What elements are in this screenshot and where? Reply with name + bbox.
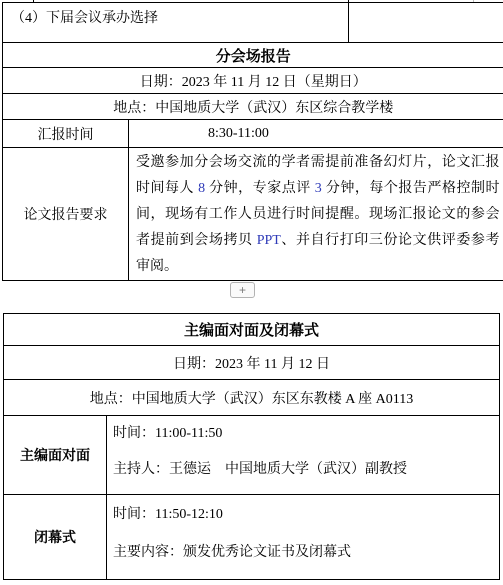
next-host-selection-cell: （4）下届会议承办选择 <box>3 3 349 43</box>
highlighted-latin-text: PPT <box>257 233 281 248</box>
closing-location-cell: 地点：中国地质大学（武汉）东区东教楼 A 座 A0113 <box>4 380 500 416</box>
closing-table-title: 主编面对面及闭幕式 <box>4 314 500 346</box>
editor-meeting-details: 时间：11:00-11:50 主持人：王德运 中国地质大学（武汉）副教授 <box>107 416 500 495</box>
insert-row-button[interactable]: + <box>230 282 255 298</box>
session-report-title: 分会场报告 <box>3 43 503 68</box>
editor-meeting-time: 时间：11:00-11:50 <box>113 424 499 444</box>
closing-ceremony-table: 主编面对面及闭幕式 日期：2023 年 11 月 12 日 地点：中国地质大学（… <box>3 313 500 580</box>
empty-cell <box>349 3 503 43</box>
session-report-table: （4）下届会议承办选择 分会场报告 日期：2023 年 11 月 12 日（星期… <box>2 2 503 281</box>
closing-ceremony-details: 时间：11:50-12:10 主要内容：颁发优秀论文证书及闭幕式 <box>107 495 500 580</box>
highlighted-latin-text: 3 <box>315 181 322 196</box>
report-time-label: 汇报时间 <box>3 120 129 148</box>
closing-ceremony-label: 闭幕式 <box>4 495 107 580</box>
body-text: 分钟，专家点评 <box>205 181 315 196</box>
editor-meeting-label: 主编面对面 <box>4 416 107 495</box>
closing-date-cell: 日期：2023 年 11 月 12 日 <box>4 346 500 380</box>
closing-ceremony-content: 主要内容：颁发优秀论文证书及闭幕式 <box>113 543 499 563</box>
editor-meeting-host: 主持人：王德运 中国地质大学（武汉）副教授 <box>113 460 499 480</box>
closing-ceremony-time: 时间：11:50-12:10 <box>113 505 499 525</box>
document-page: （4）下届会议承办选择 分会场报告 日期：2023 年 11 月 12 日（星期… <box>0 0 503 585</box>
session-date-cell: 日期：2023 年 11 月 12 日（星期日） <box>3 68 503 94</box>
paper-requirements-label: 论文报告要求 <box>3 148 129 281</box>
paper-requirements-text: 受邀参加分会场交流的学者需提前准备幻灯片，论文汇报时间每人 8 分钟，专家点评 … <box>129 148 503 281</box>
session-location-cell: 地点：中国地质大学（武汉）东区综合教学楼 <box>3 94 503 120</box>
report-time-value: 8:30-11:00 <box>129 120 503 148</box>
